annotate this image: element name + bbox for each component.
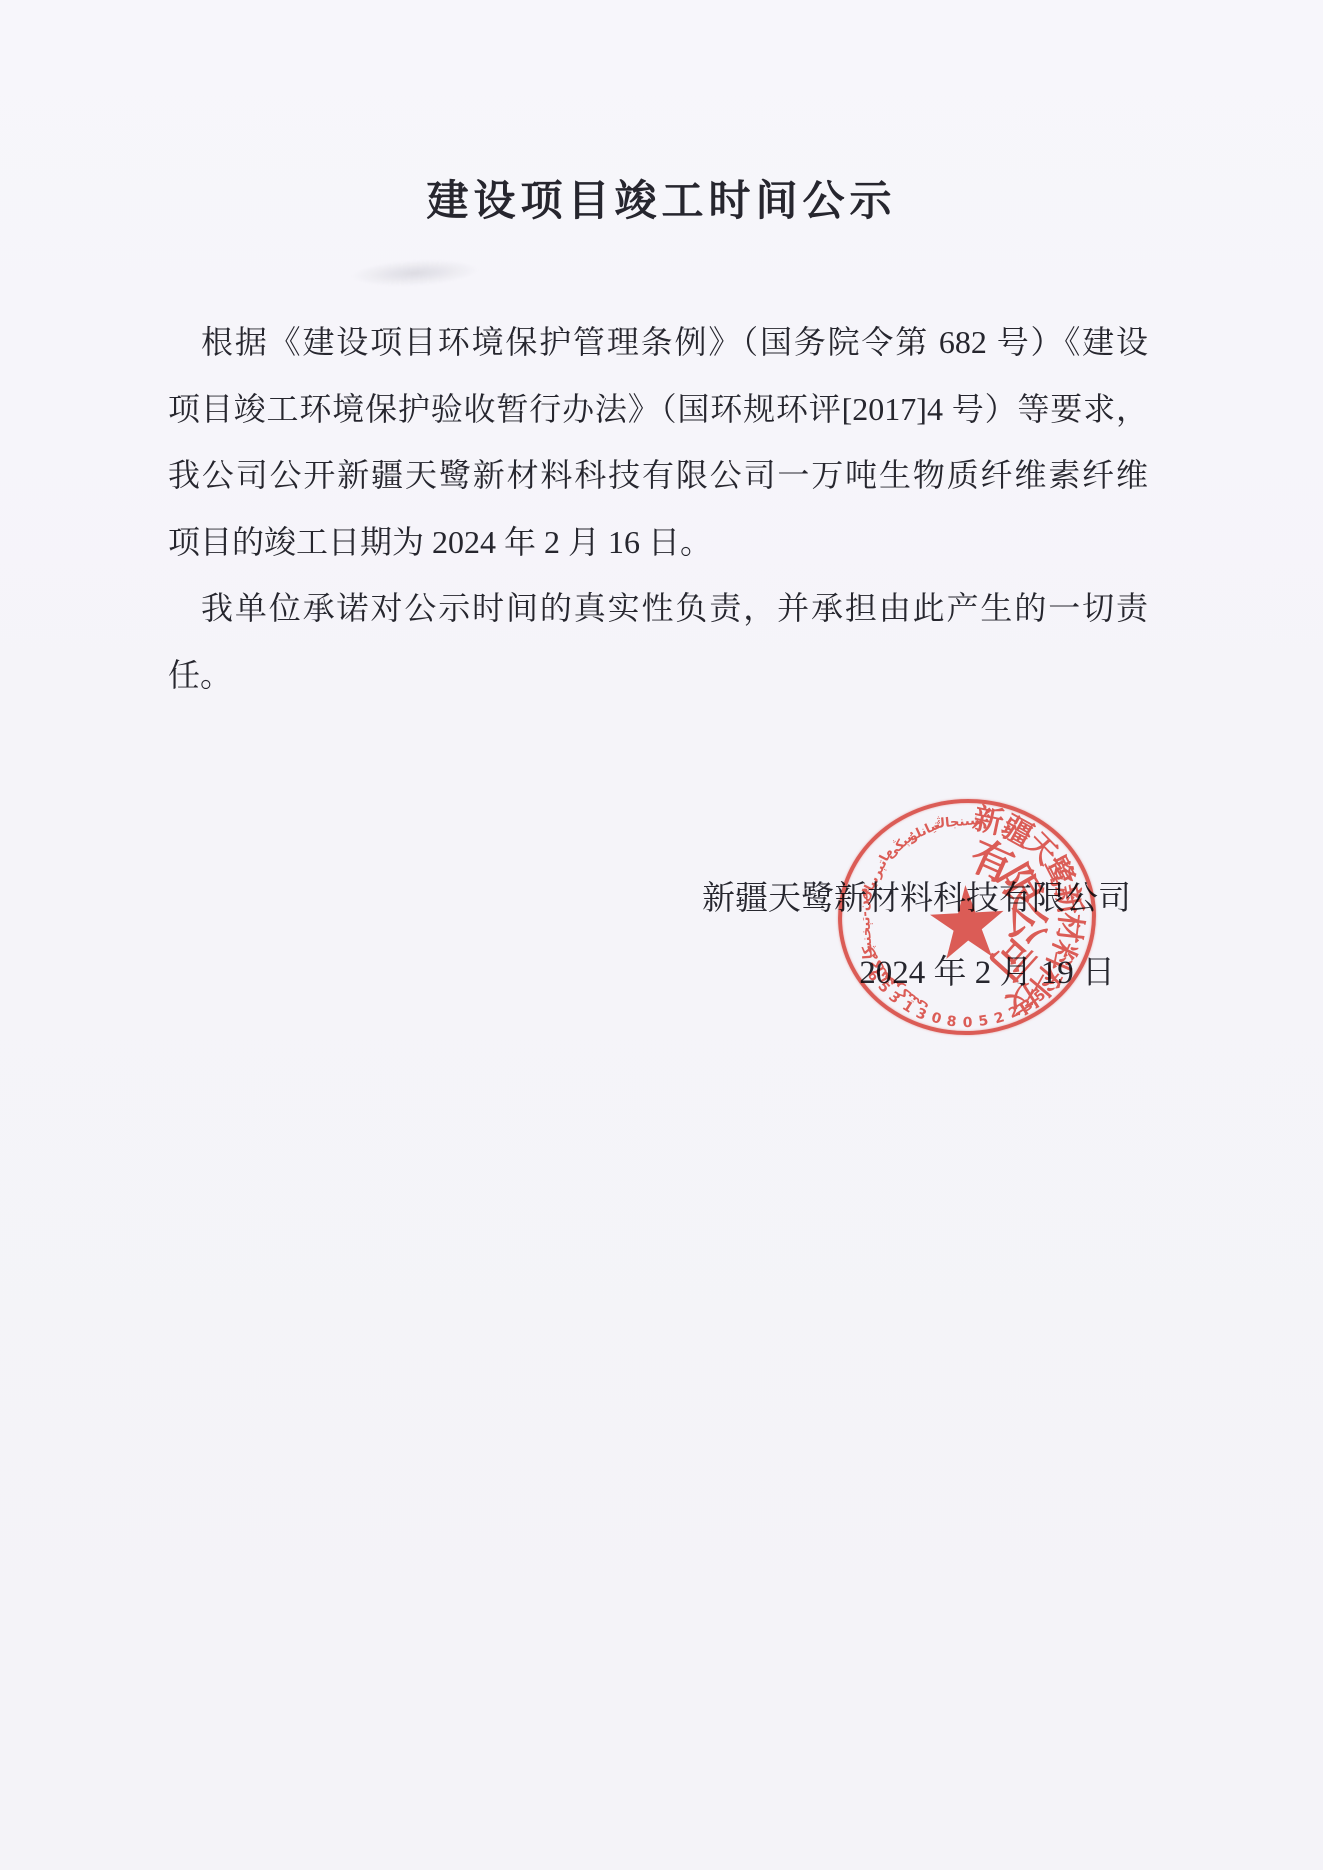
pencil-smudge (349, 257, 480, 290)
scanned-document-page: 建设项目竣工时间公示 根据《建设项目环境保护管理条例》（国务院令第 682 号）… (0, 0, 1323, 1870)
paragraph: 我单位承诺对公示时间的真实性负责，并承担由此产生的一切责任。 (168, 575, 1148, 708)
body-line: 项目竣工环境保护验收暂行办法》（国环规环评[2017]4 号）等要求， (168, 376, 1148, 443)
seal-serial-digit: 5 (978, 1014, 990, 1029)
company-seal: ★ 新疆天鹭新材料科技有限公司6531308052235شىنجاڭتيانلۇ… (832, 792, 1102, 1041)
seal-serial-digit: 0 (963, 1016, 973, 1030)
body-line: 任。 (168, 642, 1148, 709)
body-text: 根据《建设项目环境保护管理条例》（国务院令第 682 号）《建设项目竣工环境保护… (168, 309, 1148, 708)
document-title: 建设项目竣工时间公示 (0, 168, 1323, 228)
body-line: 项目的竣工日期为 2024 年 2 月 16 日。 (168, 509, 1148, 576)
body-line: 我公司公开新疆天鹭新材料科技有限公司一万吨生物质纤维素纤维 (168, 442, 1148, 509)
paragraph: 根据《建设项目环境保护管理条例》（国务院令第 682 号）《建设项目竣工环境保护… (168, 309, 1148, 575)
body-line: 我单位承诺对公示时间的真实性负责，并承担由此产生的一切责 (168, 575, 1148, 642)
body-line: 根据《建设项目环境保护管理条例》（国务院令第 682 号）《建设 (168, 309, 1148, 376)
